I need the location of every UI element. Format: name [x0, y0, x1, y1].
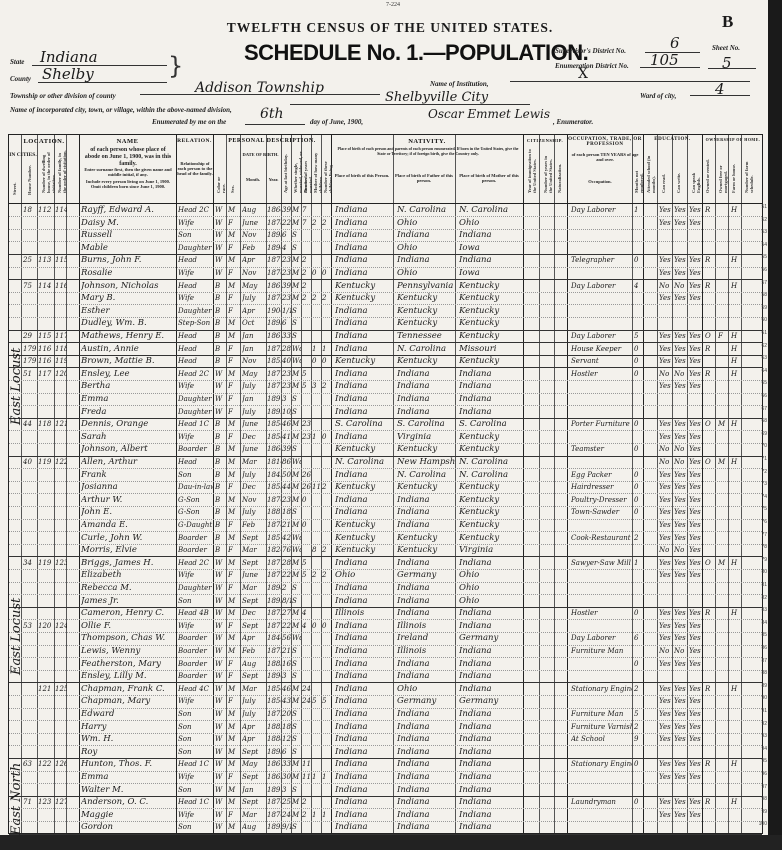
mother-birthplace-cell: Indiana	[459, 658, 523, 670]
years-married-cell: 2	[302, 254, 311, 266]
birth-month-cell: Sept	[242, 557, 266, 569]
table-row: 40119122Allen, ArthurHeadBMMar181486WdN.…	[9, 456, 762, 469]
birth-year-cell: 1897	[267, 784, 281, 796]
farm-house-cell	[731, 393, 741, 405]
farm-house-cell	[731, 242, 741, 254]
occupation-cell: Stationary Engineer	[571, 758, 632, 770]
birth-year-cell: 1877	[267, 254, 281, 266]
immigration-header: Year of immigration to the United States…	[527, 149, 537, 193]
occupation-cell	[571, 406, 632, 418]
months-unemployed-cell	[634, 292, 643, 304]
father-birthplace-cell: Kentucky	[397, 317, 455, 329]
birth-year-cell: 1871	[267, 557, 281, 569]
line-number: 98	[757, 796, 767, 802]
months-unemployed-cell	[634, 229, 643, 241]
age-cell: 12	[282, 733, 291, 745]
children-born-cell	[312, 456, 321, 468]
can-read-cell: Yes	[659, 721, 672, 733]
house-number-cell: 63	[23, 758, 37, 770]
marital-cell: M	[292, 557, 301, 569]
family-number-cell	[55, 317, 67, 329]
table-row: Curle, John W.BoarderBMSept185742WdKentu…	[9, 532, 762, 545]
free-mortgaged-cell	[718, 532, 728, 544]
birthplace-cell: S. Carolina	[335, 418, 393, 430]
children-living-cell	[322, 229, 331, 241]
table-row: GordonSonWMAug18999/12SIndianaIndianaInd…	[9, 821, 762, 834]
farm-house-cell	[731, 569, 741, 581]
relation-cell: Step-Son	[178, 317, 213, 329]
mother-birthplace-cell: Kentucky	[459, 280, 523, 292]
father-birthplace-cell: Indiana	[397, 771, 455, 783]
speaks-english-cell: Yes	[689, 456, 702, 468]
father-birthplace-cell: Indiana	[397, 254, 455, 266]
birthplace-cell: Kentucky	[335, 280, 393, 292]
color-cell: W	[215, 595, 226, 607]
occupation-cell: Stationary Engineer	[571, 683, 632, 695]
color-cell: W	[215, 393, 226, 405]
birthplace-cell: Indiana	[335, 796, 393, 808]
county-value: Shelby	[42, 65, 94, 83]
naturalization-header: Naturalization.	[557, 149, 562, 193]
relation-cell: Head	[178, 254, 213, 266]
house-number-cell	[23, 683, 37, 695]
age-cell: 18	[282, 721, 291, 733]
years-married-cell	[302, 456, 311, 468]
birth-month-cell: Dec	[242, 431, 266, 443]
city-value: Shelbyville City	[385, 90, 488, 105]
name-cell: Amanda E.	[81, 519, 176, 531]
institution-value: X	[578, 66, 588, 82]
father-birthplace-cell: Pennsylvania	[397, 280, 455, 292]
line-number: 80	[757, 569, 767, 575]
house-number-cell	[23, 406, 37, 418]
speaks-english-cell: Yes	[689, 796, 702, 808]
street-label: East North	[9, 763, 24, 835]
age-cell: 50	[282, 469, 291, 481]
sex-cell: M	[228, 494, 240, 506]
dwelling-number-cell	[38, 645, 54, 657]
marital-cell: Wd	[292, 343, 301, 355]
months-unemployed-cell	[634, 784, 643, 796]
birth-year-cell: 1814	[267, 456, 281, 468]
occupation-cell	[571, 305, 632, 317]
can-read-cell: No	[659, 443, 672, 455]
line-number: 75	[757, 506, 767, 512]
occupation-cell	[571, 582, 632, 594]
farm-house-cell	[731, 532, 741, 544]
enumerated-label: Enumerated by me on the	[152, 118, 226, 126]
relation-cell: Head 4B	[178, 607, 213, 619]
age-cell: 42	[282, 532, 291, 544]
birth-year-cell: 1860	[267, 443, 281, 455]
dwelling-number-cell	[38, 393, 54, 405]
dwelling-number-cell	[38, 242, 54, 254]
father-birthplace-cell: Indiana	[397, 607, 455, 619]
owned-rented-cell	[705, 670, 715, 682]
mother-birthplace-cell: Kentucky	[459, 330, 523, 342]
mother-birthplace-cell: Indiana	[459, 821, 523, 833]
table-row: Dudley, Wm. B.Step-SonBMOct18936SIndiana…	[9, 317, 762, 330]
can-read-cell: Yes	[659, 683, 672, 695]
occupation-cell	[571, 771, 632, 783]
age-cell: 46	[282, 683, 291, 695]
family-header: Number of family, in the order of visita…	[57, 149, 67, 193]
speaks-english-cell: Yes	[689, 368, 702, 380]
speaks-english-cell: Yes	[689, 443, 702, 455]
sex-cell: M	[228, 532, 240, 544]
farm-house-cell: H	[731, 607, 741, 619]
free-mortgaged-cell	[718, 292, 728, 304]
mother-birthplace-cell: Ohio	[459, 582, 523, 594]
age-cell: 30	[282, 771, 291, 783]
owned-rented-cell	[705, 469, 715, 481]
mother-birthplace-cell: Indiana	[459, 670, 523, 682]
line-number: 63	[757, 355, 767, 361]
can-read-cell: Yes	[659, 569, 672, 581]
family-number-cell: 120	[55, 368, 67, 380]
children-living-cell	[322, 658, 331, 670]
years-married-cell: 11	[302, 758, 311, 770]
table-row: EstherDaughterBFApr19001/12SIndianaKentu…	[9, 305, 762, 318]
years-married-cell: 0	[302, 519, 311, 531]
color-cell: W	[215, 695, 226, 707]
mother-birthplace-cell: Indiana	[459, 771, 523, 783]
years-married-cell	[302, 670, 311, 682]
children-living-cell: 2	[322, 544, 331, 556]
years-married-cell: 23	[302, 418, 311, 430]
years-married-cell: 2	[302, 292, 311, 304]
can-write-cell: Yes	[674, 204, 687, 216]
marital-cell: M	[292, 292, 301, 304]
marital-cell: S	[292, 330, 301, 342]
years-married-cell: 24	[302, 683, 311, 695]
house-number-cell	[23, 595, 37, 607]
age-cell: 33	[282, 330, 291, 342]
children-living-cell	[322, 254, 331, 266]
name-cell: Johnson, Albert	[81, 443, 176, 455]
family-number-cell	[55, 784, 67, 796]
children-living-cell	[322, 632, 331, 644]
sex-cell: F	[228, 393, 240, 405]
months-unemployed-cell	[634, 544, 643, 556]
relation-cell: Daughter	[178, 393, 213, 405]
years-married-cell	[302, 784, 311, 796]
table-row: SarahWifeBFDec185841M2310IndianaVirginia…	[9, 431, 762, 444]
farm-house-cell	[731, 784, 741, 796]
years-married-cell: 7	[302, 217, 311, 229]
father-birthplace-cell: N. Carolina	[397, 469, 455, 481]
can-write-cell: Yes	[674, 519, 687, 531]
table-row: Chapman, MaryWifeWFJuly185643M2455Indian…	[9, 695, 762, 708]
family-number-cell	[55, 645, 67, 657]
marital-cell: M	[292, 481, 301, 493]
color-cell: W	[215, 254, 226, 266]
age-cell: 22	[282, 620, 291, 632]
speaks-english-cell	[689, 821, 702, 833]
name-note-2: Include every person living on June 1, 1…	[83, 179, 173, 189]
table-row: 179116118Austin, AnnieHeadBFJan187228Wd1…	[9, 343, 762, 356]
mother-birthplace-cell: Indiana	[459, 393, 523, 405]
name-cell: Rebecca M.	[81, 582, 176, 594]
birthplace-cell: Indiana	[335, 695, 393, 707]
birthplace-cell: Indiana	[335, 771, 393, 783]
birthplace-cell: Indiana	[335, 393, 393, 405]
birthplace-cell: Indiana	[335, 721, 393, 733]
line-number: 97	[757, 784, 767, 790]
mother-birthplace-cell: Kentucky	[459, 355, 523, 367]
years-married-cell: 2	[302, 809, 311, 821]
street-header: Street.	[12, 173, 17, 195]
relation-cell: Head 2C	[178, 204, 213, 216]
scan-edge-bottom	[0, 835, 782, 850]
can-read-cell: Yes	[659, 620, 672, 632]
marital-cell: S	[292, 582, 301, 594]
house-number-cell: 44	[23, 418, 37, 430]
birthplace-cell: Kentucky	[335, 532, 393, 544]
farm-house-cell	[731, 217, 741, 229]
color-cell: B	[215, 317, 226, 329]
birth-month-cell: June	[242, 443, 266, 455]
color-cell: B	[215, 456, 226, 468]
line-number: 76	[757, 519, 767, 525]
marital-cell: S	[292, 670, 301, 682]
sex-cell: F	[228, 695, 240, 707]
farm-house-cell	[731, 695, 741, 707]
table-row: 63122126Hunton, Thos. F.Head 1CWMMay1867…	[9, 758, 762, 771]
free-mortgaged-cell	[718, 733, 728, 745]
relation-cell: Son	[178, 821, 213, 833]
sex-cell: M	[228, 733, 240, 745]
sex-cell: M	[228, 229, 240, 241]
free-mortgaged-cell	[718, 469, 728, 481]
father-birthplace-cell: Kentucky	[397, 544, 455, 556]
free-mortgaged-cell	[718, 746, 728, 758]
can-read-cell: No	[659, 280, 672, 292]
name-cell: Roy	[81, 746, 176, 758]
children-born-cell	[312, 280, 321, 292]
can-write-cell: Yes	[674, 532, 687, 544]
speaks-english-cell: Yes	[689, 683, 702, 695]
dwelling-number-cell	[38, 582, 54, 594]
age-cell: 23	[282, 254, 291, 266]
occupation-cell: Furniture Man	[571, 708, 632, 720]
table-row: MaggieWifeWFMar187624M211IndianaIndianaI…	[9, 809, 762, 822]
table-row: Rebecca M.DaughterWFMar18982SIndianaIndi…	[9, 582, 762, 595]
children-living-cell: 2	[322, 217, 331, 229]
occupation-cell: Hostler	[571, 607, 632, 619]
township-label: Township or other division of county	[10, 92, 116, 100]
line-number: 87	[757, 658, 767, 664]
census-table: LOCATION. IN CITIES. Street. House Numbe…	[8, 134, 763, 834]
speaks-english-cell: Yes	[689, 632, 702, 644]
age-cell: 4	[282, 242, 291, 254]
color-cell: B	[215, 519, 226, 531]
occupation-cell	[571, 242, 632, 254]
relation-cell: Daughter	[178, 406, 213, 418]
dwelling-number-cell: 123	[38, 796, 54, 808]
father-birthplace-cell: Tennessee	[397, 330, 455, 342]
family-number-cell	[55, 292, 67, 304]
table-row: John E.G-SonBMJuly188118SIndianaIndianaK…	[9, 506, 762, 519]
birthplace-cell: Indiana	[335, 406, 393, 418]
color-cell: W	[215, 380, 226, 392]
owned-rented-cell	[705, 708, 715, 720]
farm-house-cell	[731, 771, 741, 783]
children-living-cell	[322, 280, 331, 292]
years-married-cell: 5	[302, 557, 311, 569]
house-number-cell	[23, 746, 37, 758]
color-cell: W	[215, 645, 226, 657]
years-married-cell	[302, 708, 311, 720]
house-number-cell	[23, 380, 37, 392]
children-born-cell	[312, 406, 321, 418]
birthplace-cell: Indiana	[335, 645, 393, 657]
free-mortgaged-cell	[718, 254, 728, 266]
institution-label: Name of Institution,	[430, 80, 489, 88]
children-living-cell	[322, 821, 331, 833]
birth-year-cell: 1858	[267, 431, 281, 443]
can-read-cell: Yes	[659, 519, 672, 531]
speaks-english-cell: Yes	[689, 809, 702, 821]
age-cell: 43	[282, 695, 291, 707]
name-cell: Austin, Annie	[81, 343, 176, 355]
owned-rented-cell	[705, 317, 715, 329]
can-read-cell: Yes	[659, 330, 672, 342]
can-read-cell	[659, 821, 672, 833]
children-living-cell: 1	[322, 771, 331, 783]
relation-cell: Head 2C	[178, 557, 213, 569]
months-unemployed-cell	[634, 645, 643, 657]
birthplace-cell: Indiana	[335, 343, 393, 355]
age-cell: 39	[282, 280, 291, 292]
family-number-cell	[55, 695, 67, 707]
line-number: 59	[757, 305, 767, 311]
birthplace-cell: Kentucky	[335, 355, 393, 367]
children-born-cell	[312, 204, 321, 216]
children-born-cell: 2	[312, 217, 321, 229]
family-number-cell	[55, 267, 67, 279]
table-row: JosiannaDau-in-lawBFDec185544M26112Kentu…	[9, 481, 762, 494]
birthplace-cell: Indiana	[335, 821, 393, 833]
name-cell: Mable	[81, 242, 176, 254]
can-read-cell: Yes	[659, 809, 672, 821]
birth-person-header: Place of birth of this Person.	[333, 173, 391, 178]
table-row: Amanda E.G-DaughtBFFeb187821M0KentuckyIn…	[9, 519, 762, 532]
months-unemployed-cell: 2	[634, 532, 643, 544]
birth-year-cell: 1876	[267, 494, 281, 506]
mother-birthplace-cell: Germany	[459, 695, 523, 707]
birth-month-cell: Apr	[242, 632, 266, 644]
family-number-cell: 117	[55, 330, 67, 342]
sex-cell: M	[228, 506, 240, 518]
owned-rented-cell	[705, 506, 715, 518]
street-label: East Locust	[9, 598, 24, 675]
table-row: Morris, ElvieBoarderBFMar182476Wd82Kentu…	[9, 544, 762, 557]
age-cell: 46	[282, 418, 291, 430]
free-mortgaged-cell	[718, 393, 728, 405]
age-cell: 56	[282, 632, 291, 644]
mother-birthplace-cell: Indiana	[459, 708, 523, 720]
house-number-cell: 51	[23, 368, 37, 380]
can-read-cell: Yes	[659, 355, 672, 367]
color-cell: W	[215, 670, 226, 682]
dwelling-number-cell	[38, 292, 54, 304]
mother-birthplace-cell: Virginia	[459, 544, 523, 556]
father-birthplace-cell: Indiana	[397, 506, 455, 518]
birthplace-cell: Indiana	[335, 670, 393, 682]
mother-birthplace-cell: Kentucky	[459, 494, 523, 506]
family-number-cell	[55, 595, 67, 607]
father-birthplace-cell: Germany	[397, 569, 455, 581]
relation-cell: Boarder	[178, 544, 213, 556]
owned-rented-cell	[705, 292, 715, 304]
can-write-cell	[674, 393, 687, 405]
birth-year-cell: 1854	[267, 418, 281, 430]
occupation-cell: Day Laborer	[571, 330, 632, 342]
color-cell: W	[215, 658, 226, 670]
line-number: 71	[757, 456, 767, 462]
birth-year-cell: 1856	[267, 695, 281, 707]
can-write-cell	[674, 821, 687, 833]
owned-rented-cell: O	[705, 330, 715, 342]
speaks-english-cell: Yes	[689, 658, 702, 670]
color-cell: B	[215, 443, 226, 455]
dwelling-number-cell	[38, 670, 54, 682]
line-number: 95	[757, 758, 767, 764]
occupation-cell: Egg Packer	[571, 469, 632, 481]
birthplace-cell: Kentucky	[335, 544, 393, 556]
free-mortgaged-cell	[718, 229, 728, 241]
birth-year-cell: 1855	[267, 481, 281, 493]
relation-cell: Head	[178, 330, 213, 342]
line-number: 89	[757, 683, 767, 689]
children-born-cell	[312, 305, 321, 317]
years-married-cell: 26	[302, 481, 311, 493]
color-cell: B	[215, 280, 226, 292]
years-married-cell	[302, 330, 311, 342]
dwelling-number-cell	[38, 632, 54, 644]
house-number-cell	[23, 292, 37, 304]
owned-rented-cell	[705, 721, 715, 733]
can-write-cell: No	[674, 443, 687, 455]
farm-house-cell: H	[731, 418, 741, 430]
table-row: Wm. H.SonWMApr188812SIndianaIndianaIndia…	[9, 733, 762, 746]
free-mortgaged-cell	[718, 506, 728, 518]
free-mortgaged-cell: M	[718, 557, 728, 569]
birth-year-cell: 1876	[267, 292, 281, 304]
children-born-cell: 11	[312, 481, 321, 493]
name-cell: Allen, Arthur	[81, 456, 176, 468]
family-number-cell	[55, 670, 67, 682]
sheet-letter: B	[722, 12, 733, 32]
age-cell: 25	[282, 796, 291, 808]
mother-birthplace-cell: Kentucky	[459, 317, 523, 329]
age-cell: 27	[282, 607, 291, 619]
father-birthplace-cell: Indiana	[397, 557, 455, 569]
name-cell: Hunton, Thos. F.	[81, 758, 176, 770]
house-number-cell: 75	[23, 280, 37, 292]
free-mortgaged-cell	[718, 355, 728, 367]
can-read-cell	[659, 582, 672, 594]
name-cell: Russell	[81, 229, 176, 241]
years-married-cell	[302, 658, 311, 670]
free-mortgaged-cell	[718, 494, 728, 506]
line-number: 86	[757, 645, 767, 651]
color-cell: W	[215, 809, 226, 821]
mother-birthplace-cell: Kentucky	[459, 305, 523, 317]
table-row: EdwardSonWMJuly187920SIndianaIndianaIndi…	[9, 708, 762, 721]
free-mortgaged-cell	[718, 569, 728, 581]
